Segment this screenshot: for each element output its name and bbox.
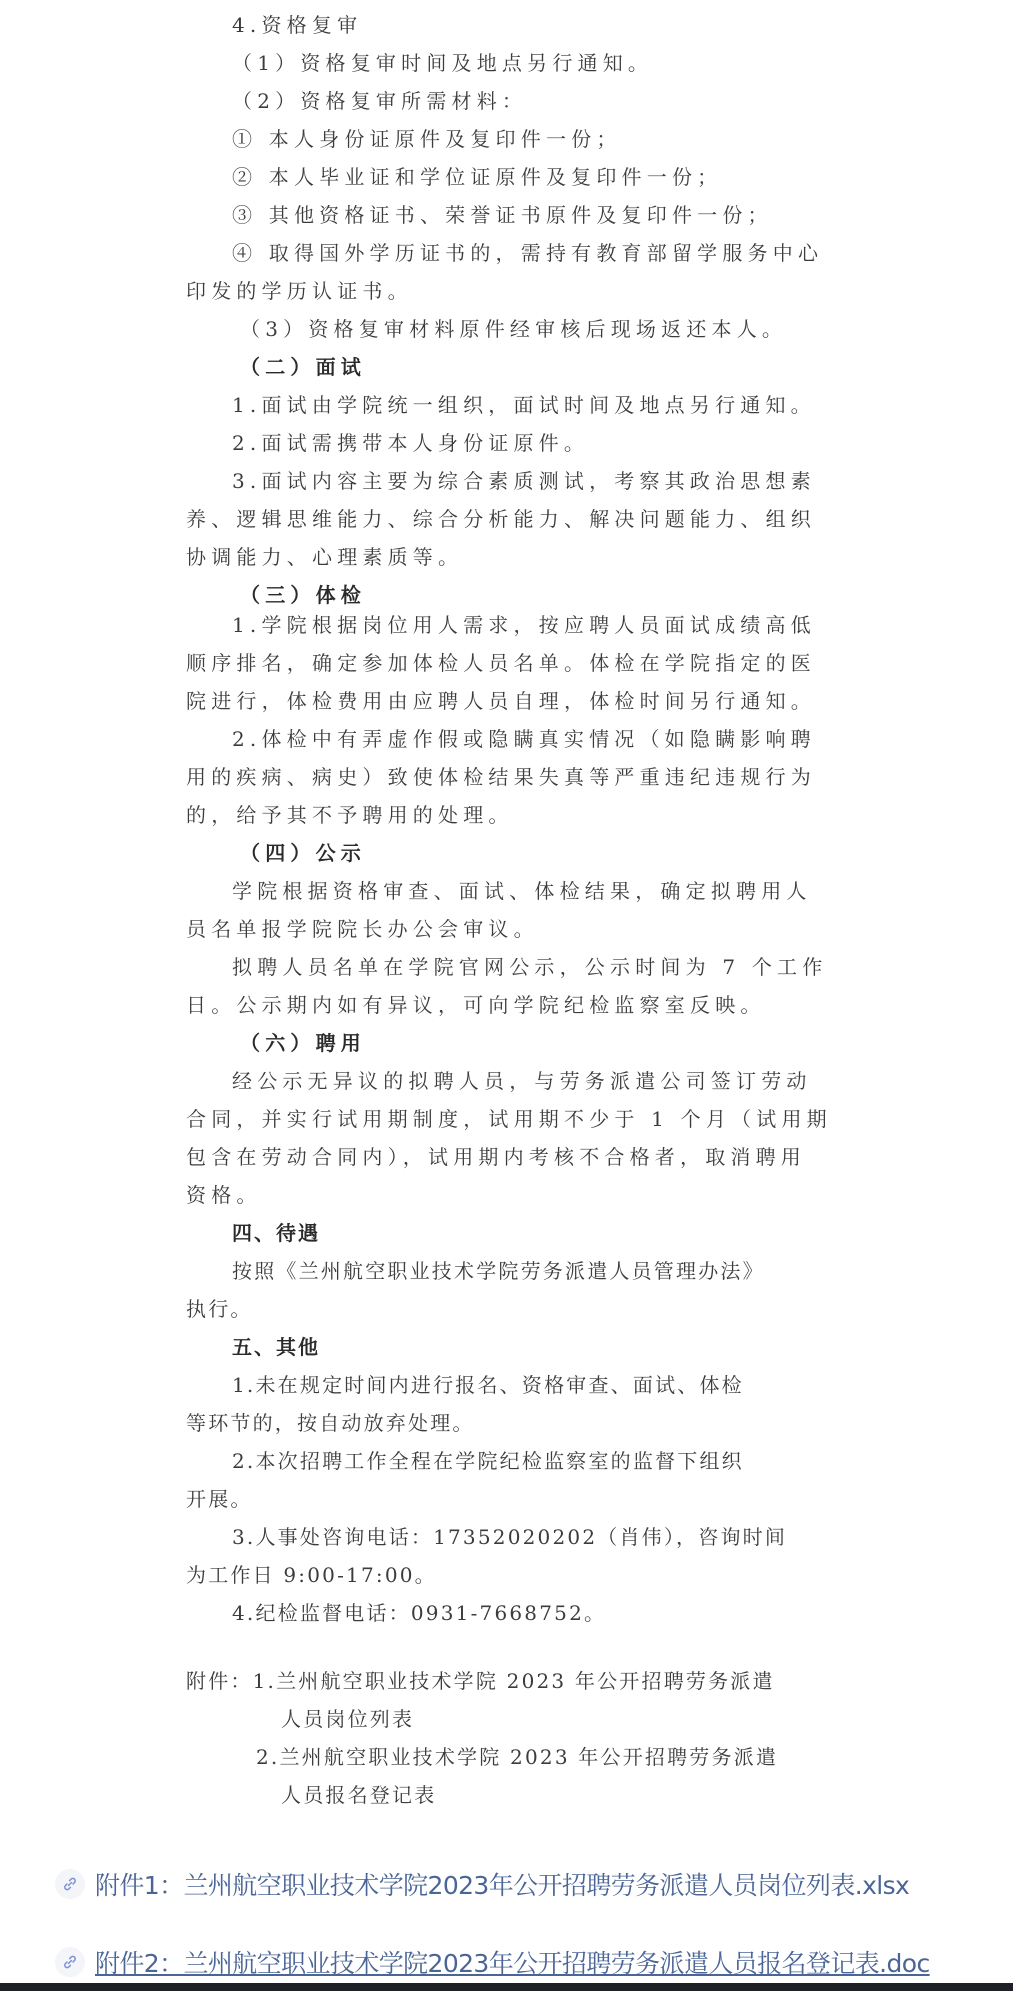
text-line: 学院根据资格审查、面试、体检结果，确定拟聘用人 xyxy=(232,878,812,904)
text-line: 人员报名登记表 xyxy=(281,1782,436,1808)
text-line: 1.未在规定时间内进行报名、资格审查、面试、体检 xyxy=(232,1372,744,1398)
section-heading: （三）体检 xyxy=(240,582,366,608)
text-line: 等环节的，按自动放弃处理。 xyxy=(186,1410,475,1436)
text-line: 3.面试内容主要为综合素质测试，考察其政治思想素 xyxy=(232,468,816,494)
text-line: 养、逻辑思维能力、综合分析能力、解决问题能力、组织 xyxy=(186,506,816,532)
text-line: 包含在劳动合同内），试用期内考核不合格者，取消聘用 xyxy=(186,1144,806,1170)
text-line: 1.学院根据岗位用人需求，按应聘人员面试成绩高低 xyxy=(232,612,816,638)
attachment-link-label[interactable]: 附件1：兰州航空职业技术学院2023年公开招聘劳务派遣人员岗位列表.xlsx xyxy=(95,1866,909,1902)
text-line: 2.本次招聘工作全程在学院纪检监察室的监督下组织 xyxy=(232,1448,744,1474)
attachment-link-label[interactable]: 附件2：兰州航空职业技术学院2023年公开招聘劳务派遣人员报名登记表.doc xyxy=(95,1944,930,1980)
link-icon xyxy=(55,1869,85,1899)
text-line: 2.体检中有弄虚作假或隐瞒真实情况（如隐瞒影响聘 xyxy=(232,726,816,752)
text-line: 合同，并实行试用期制度，试用期不少于 1 个月（试用期 xyxy=(186,1106,832,1132)
text-line: 资格。 xyxy=(186,1182,262,1208)
text-line: 用的疾病、病史）致使体检结果失真等严重违纪违规行为 xyxy=(186,764,816,790)
text-line: 日。公示期内如有异议，可向学院纪检监察室反映。 xyxy=(186,992,766,1018)
text-line: ③ 其他资格证书、荣誉证书原件及复印件一份； xyxy=(232,202,773,228)
text-line: 附件：1.兰州航空职业技术学院 2023 年公开招聘劳务派遣 xyxy=(186,1668,775,1694)
bottom-bar xyxy=(0,1983,1013,1991)
section-heading: 四、待遇 xyxy=(232,1220,320,1246)
text-line: 为工作日 9:00-17:00。 xyxy=(186,1562,437,1588)
text-line: 院进行，体检费用由应聘人员自理，体检时间另行通知。 xyxy=(186,688,816,714)
text-line: 2.面试需携带本人身份证原件。 xyxy=(232,430,589,456)
section-heading: （二）面试 xyxy=(240,354,366,380)
text-line: ④ 取得国外学历证书的，需持有教育部留学服务中心 xyxy=(232,240,823,266)
text-line: （2）资格复审所需材料： xyxy=(232,88,527,114)
text-line: ② 本人毕业证和学位证原件及复印件一份； xyxy=(232,164,722,190)
text-line: （3）资格复审材料原件经审核后现场返还本人。 xyxy=(240,316,787,342)
text-line: 经公示无异议的拟聘人员，与劳务派遣公司签订劳动 xyxy=(232,1068,812,1094)
text-line: 协调能力、心理素质等。 xyxy=(186,544,463,570)
section-heading: （四）公示 xyxy=(240,840,366,866)
attachment-link-2[interactable]: 附件2：兰州航空职业技术学院2023年公开招聘劳务派遣人员报名登记表.doc xyxy=(55,1944,930,1980)
text-line: 开展。 xyxy=(186,1486,253,1512)
text-line: 1.面试由学院统一组织，面试时间及地点另行通知。 xyxy=(232,392,816,418)
text-line: 顺序排名，确定参加体检人员名单。体检在学院指定的医 xyxy=(186,650,816,676)
text-line: 执行。 xyxy=(186,1296,253,1322)
text-line: 4.纪检监督电话：0931-7668752。 xyxy=(232,1600,606,1626)
text-line: 4.资格复审 xyxy=(232,12,362,38)
text-line: ① 本人身份证原件及复印件一份； xyxy=(232,126,622,152)
text-line: （1）资格复审时间及地点另行通知。 xyxy=(232,50,653,76)
section-heading: 五、其他 xyxy=(232,1334,320,1360)
link-icon xyxy=(55,1947,85,1977)
text-line: 3.人事处咨询电话：17352020202（肖伟），咨询时间 xyxy=(232,1524,787,1550)
text-line: 的，给予其不予聘用的处理。 xyxy=(186,802,514,828)
text-line: 印发的学历认证书。 xyxy=(186,278,413,304)
section-heading: （六）聘用 xyxy=(240,1030,366,1056)
text-line: 按照《兰州航空职业技术学院劳务派遣人员管理办法》 xyxy=(232,1258,765,1284)
text-line: 人员岗位列表 xyxy=(281,1706,414,1732)
text-line: 2.兰州航空职业技术学院 2023 年公开招聘劳务派遣 xyxy=(256,1744,778,1770)
text-line: 员名单报学院院长办公会审议。 xyxy=(186,916,539,942)
attachment-link-1[interactable]: 附件1：兰州航空职业技术学院2023年公开招聘劳务派遣人员岗位列表.xlsx xyxy=(55,1866,909,1902)
text-line: 拟聘人员名单在学院官网公示，公示时间为 7 个工作 xyxy=(232,954,827,980)
